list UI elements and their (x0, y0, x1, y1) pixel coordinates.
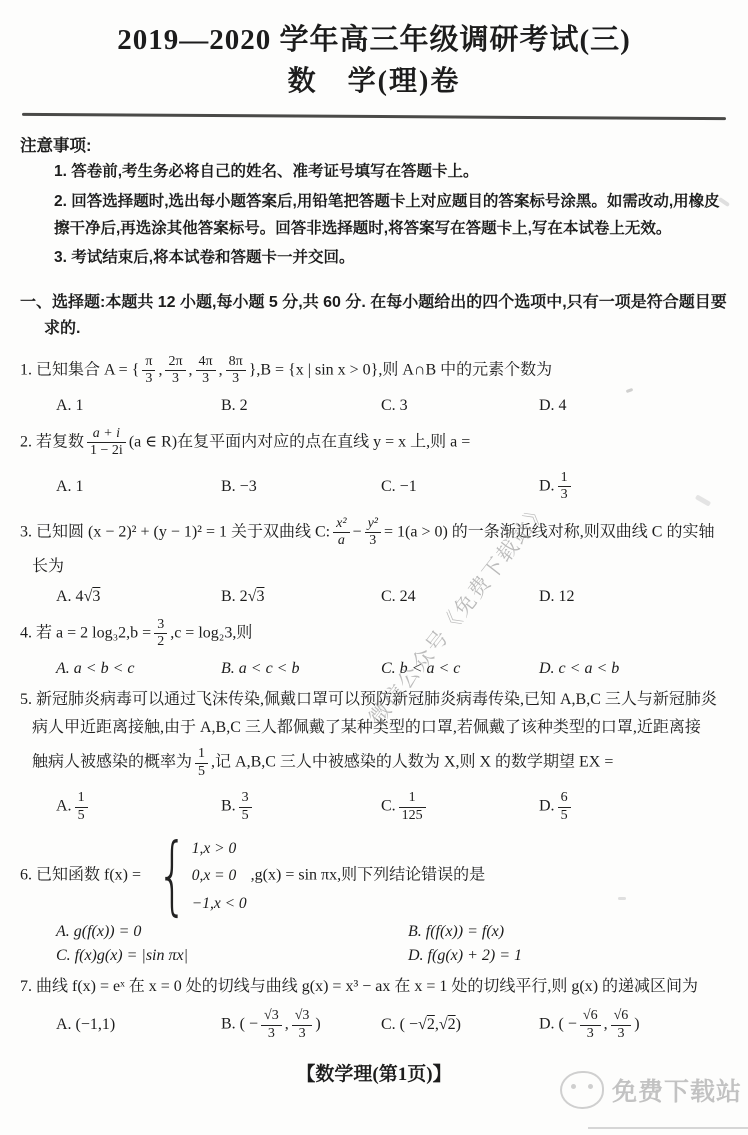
fraction: √33 (292, 1008, 313, 1042)
q6-option-c: C. f(x)g(x) = |sin πx| (56, 947, 408, 965)
q5-option-a: A.15 (56, 789, 221, 825)
q2-option-c: C. −1 (381, 478, 539, 496)
notice-item-1: 1. 答卷前,考生务必将自己的姓名、准考证号填写在答题卡上。 (20, 159, 728, 186)
q4-option-a: A. a < b < c (56, 660, 221, 678)
radical: √2 (439, 1016, 456, 1033)
title-divider (22, 113, 726, 120)
fraction: a + i1 − 2i (87, 426, 126, 460)
q4-option-d: D. c < a < b (539, 660, 728, 678)
question-3-text-line2: 长为 (32, 555, 728, 580)
q6-option-d: D. f(g(x) + 2) = 1 (408, 947, 728, 965)
q2-stem-post: (a ∈ R)在复平面内对应的点在直线 y = x 上,则 a = (129, 433, 470, 450)
fraction: 4π3 (196, 354, 216, 388)
q4-stem-pre: 4. 若 a = 2 log₃2,b = (20, 624, 151, 641)
q1-option-a: A. 1 (56, 397, 221, 415)
radical: √2 (418, 1016, 435, 1033)
q6-option-a: A. g(f(x)) = 0 (56, 923, 408, 941)
minus-sign: − (353, 523, 362, 540)
exam-page: 2019—2020 学年高三年级调研考试(三) 数 学(理)卷 注意事项: 1.… (0, 0, 748, 1135)
question-1: 1. 已知集合 A = {π3,2π3,4π3,8π3},B = {x | si… (20, 353, 728, 415)
q3-stem-post: = 1(a > 0) 的一条渐近线对称,则双曲线 C 的实轴 (384, 523, 714, 540)
q2-option-b: B. −3 (221, 478, 381, 496)
fraction: 65 (558, 790, 571, 824)
notice-item-2: 2. 回答选择题时,选出每小题答案后,用铅笔把答题卡上对应题目的答案标号涂黑。如… (20, 189, 728, 242)
fraction: 15 (75, 790, 88, 824)
q1-option-d: D. 4 (539, 397, 728, 415)
radical: √3 (248, 588, 265, 605)
fraction: 32 (154, 617, 167, 651)
q6-stem-post: ,g(x) = sin πx,则下列结论错误的是 (251, 867, 485, 884)
q6-option-b: B. f(f(x)) = f(x) (408, 923, 728, 941)
question-5-line1: 5. 新冠肺炎病毒可以通过飞沫传染,佩戴口罩可以预防新冠肺炎病毒传染,已知 A,… (20, 688, 728, 713)
notice-section: 注意事项: 1. 答卷前,考生务必将自己的姓名、准考证号填写在答题卡上。 2. … (20, 132, 728, 272)
download-site-logo-icon (560, 1071, 604, 1109)
piecewise-function: {1,x > 00,x = 0−1,x < 0 (145, 835, 247, 916)
q4-stem-post: ,c = log₂3,则 (170, 624, 252, 641)
q3-option-a: A. 4√3 (56, 588, 221, 606)
q3-option-d: D. 12 (539, 588, 728, 606)
question-7-text: 7. 曲线 f(x) = eˣ 在 x = 0 处的切线与曲线 g(x) = x… (20, 975, 728, 1000)
question-2: 2. 若复数a + i1 − 2i(a ∈ R)在复平面内对应的点在直线 y =… (20, 425, 728, 505)
question-1-text: 1. 已知集合 A = {π3,2π3,4π3,8π3},B = {x | si… (20, 353, 728, 389)
q1-stem-pre: 1. 已知集合 A = { (20, 361, 139, 378)
q7-option-a: A. (−1,1) (56, 1016, 221, 1034)
q2-options: A. 1 B. −3 C. −1 D.13 (56, 469, 728, 505)
q3-option-b: B. 2√3 (221, 588, 381, 606)
question-2-text: 2. 若复数a + i1 − 2i(a ∈ R)在复平面内对应的点在直线 y =… (20, 425, 728, 461)
fraction: 13 (558, 470, 571, 504)
fraction: y²3 (365, 516, 381, 550)
separator: , (189, 361, 193, 378)
q6-stem-pre: 6. 已知函数 f(x) = (20, 867, 141, 884)
question-5-line3: 触病人被感染的概率为15,记 A,B,C 三人中被感染的人数为 X,则 X 的数… (32, 745, 728, 781)
fraction: √33 (261, 1008, 282, 1042)
question-5-line2: 病人甲近距离接触,由于 A,B,C 三人都佩戴了某种类型的口罩,若佩戴了该种类型… (32, 716, 728, 741)
notice-item-3: 3. 考试结束后,将本试卷和答题卡一并交回。 (20, 245, 728, 272)
fraction: √63 (611, 1008, 632, 1042)
q7-option-b: B. ( −√33,√33) (221, 1007, 381, 1043)
q3-option-c: C. 24 (381, 588, 539, 606)
fraction: x²a (333, 516, 349, 550)
question-4-text: 4. 若 a = 2 log₃2,b =32,c = log₂3,则 (20, 616, 728, 652)
q3-options: A. 4√3 B. 2√3 C. 24 D. 12 (56, 588, 728, 606)
q7-option-c: C. ( −√2,√2) (381, 1016, 539, 1034)
scan-artifact (618, 897, 626, 900)
exam-title: 2019—2020 学年高三年级调研考试(三) (20, 22, 728, 58)
fraction: 8π3 (226, 354, 246, 388)
q5-options: A.15 B.35 C.1125 D.65 (56, 789, 728, 825)
q7-options: A. (−1,1) B. ( −√33,√33) C. ( −√2,√2) D.… (56, 1007, 728, 1043)
question-6-text: 6. 已知函数 f(x) ={1,x > 00,x = 0−1,x < 0,g(… (20, 835, 728, 916)
q1-option-c: C. 3 (381, 397, 539, 415)
q1-stem-post: },B = {x | sin x > 0},则 A∩B 中的元素个数为 (249, 361, 552, 378)
question-4: 4. 若 a = 2 log₃2,b =32,c = log₂3,则 A. a … (20, 616, 728, 678)
q5-option-c: C.1125 (381, 789, 539, 825)
q4-option-b: B. a < c < b (221, 660, 381, 678)
exam-subtitle: 数 学(理)卷 (20, 64, 728, 99)
section-heading: 一、选择题:本题共 12 小题,每小题 5 分,共 60 分. 在每小题给出的四… (20, 290, 728, 343)
q2-option-a: A. 1 (56, 478, 221, 496)
q4-option-c: C. b < a < c (381, 660, 539, 678)
fraction: 1125 (399, 790, 426, 824)
fraction: √63 (580, 1008, 601, 1042)
fraction: 2π3 (165, 354, 185, 388)
corner-watermark: 免费下载站 (560, 1071, 742, 1109)
question-7: 7. 曲线 f(x) = eˣ 在 x = 0 处的切线与曲线 g(x) = x… (20, 975, 728, 1044)
q1-options: A. 1 B. 2 C. 3 D. 4 (56, 397, 728, 415)
q5-option-b: B.35 (221, 789, 381, 825)
q7-option-d: D. ( −√63,√63) (539, 1007, 728, 1043)
corner-watermark-text: 免费下载站 (612, 1072, 742, 1108)
notice-heading: 注意事项: (20, 132, 728, 156)
scan-edge-shadow (588, 1127, 748, 1129)
q4-options: A. a < b < c B. a < c < b C. b < a < c D… (56, 660, 728, 678)
fraction: π3 (142, 354, 155, 388)
question-3: 3. 已知圆 (x − 2)² + (y − 1)² = 1 关于双曲线 C:x… (20, 515, 728, 606)
radical: √3 (84, 588, 101, 605)
left-brace: { (157, 839, 187, 912)
q1-option-b: B. 2 (221, 397, 381, 415)
q2-stem-pre: 2. 若复数 (20, 433, 84, 450)
separator: , (158, 361, 162, 378)
separator: , (219, 361, 223, 378)
fraction: 35 (239, 790, 252, 824)
fraction: 15 (195, 746, 208, 780)
question-5: 5. 新冠肺炎病毒可以通过飞沫传染,佩戴口罩可以预防新冠肺炎病毒传染,已知 A,… (20, 688, 728, 826)
q6-options: A. g(f(x)) = 0 B. f(f(x)) = f(x) C. f(x)… (56, 923, 728, 965)
question-3-text: 3. 已知圆 (x − 2)² + (y − 1)² = 1 关于双曲线 C:x… (20, 515, 728, 551)
q5-option-d: D.65 (539, 789, 728, 825)
q3-stem-pre: 3. 已知圆 (x − 2)² + (y − 1)² = 1 关于双曲线 C: (20, 523, 330, 540)
